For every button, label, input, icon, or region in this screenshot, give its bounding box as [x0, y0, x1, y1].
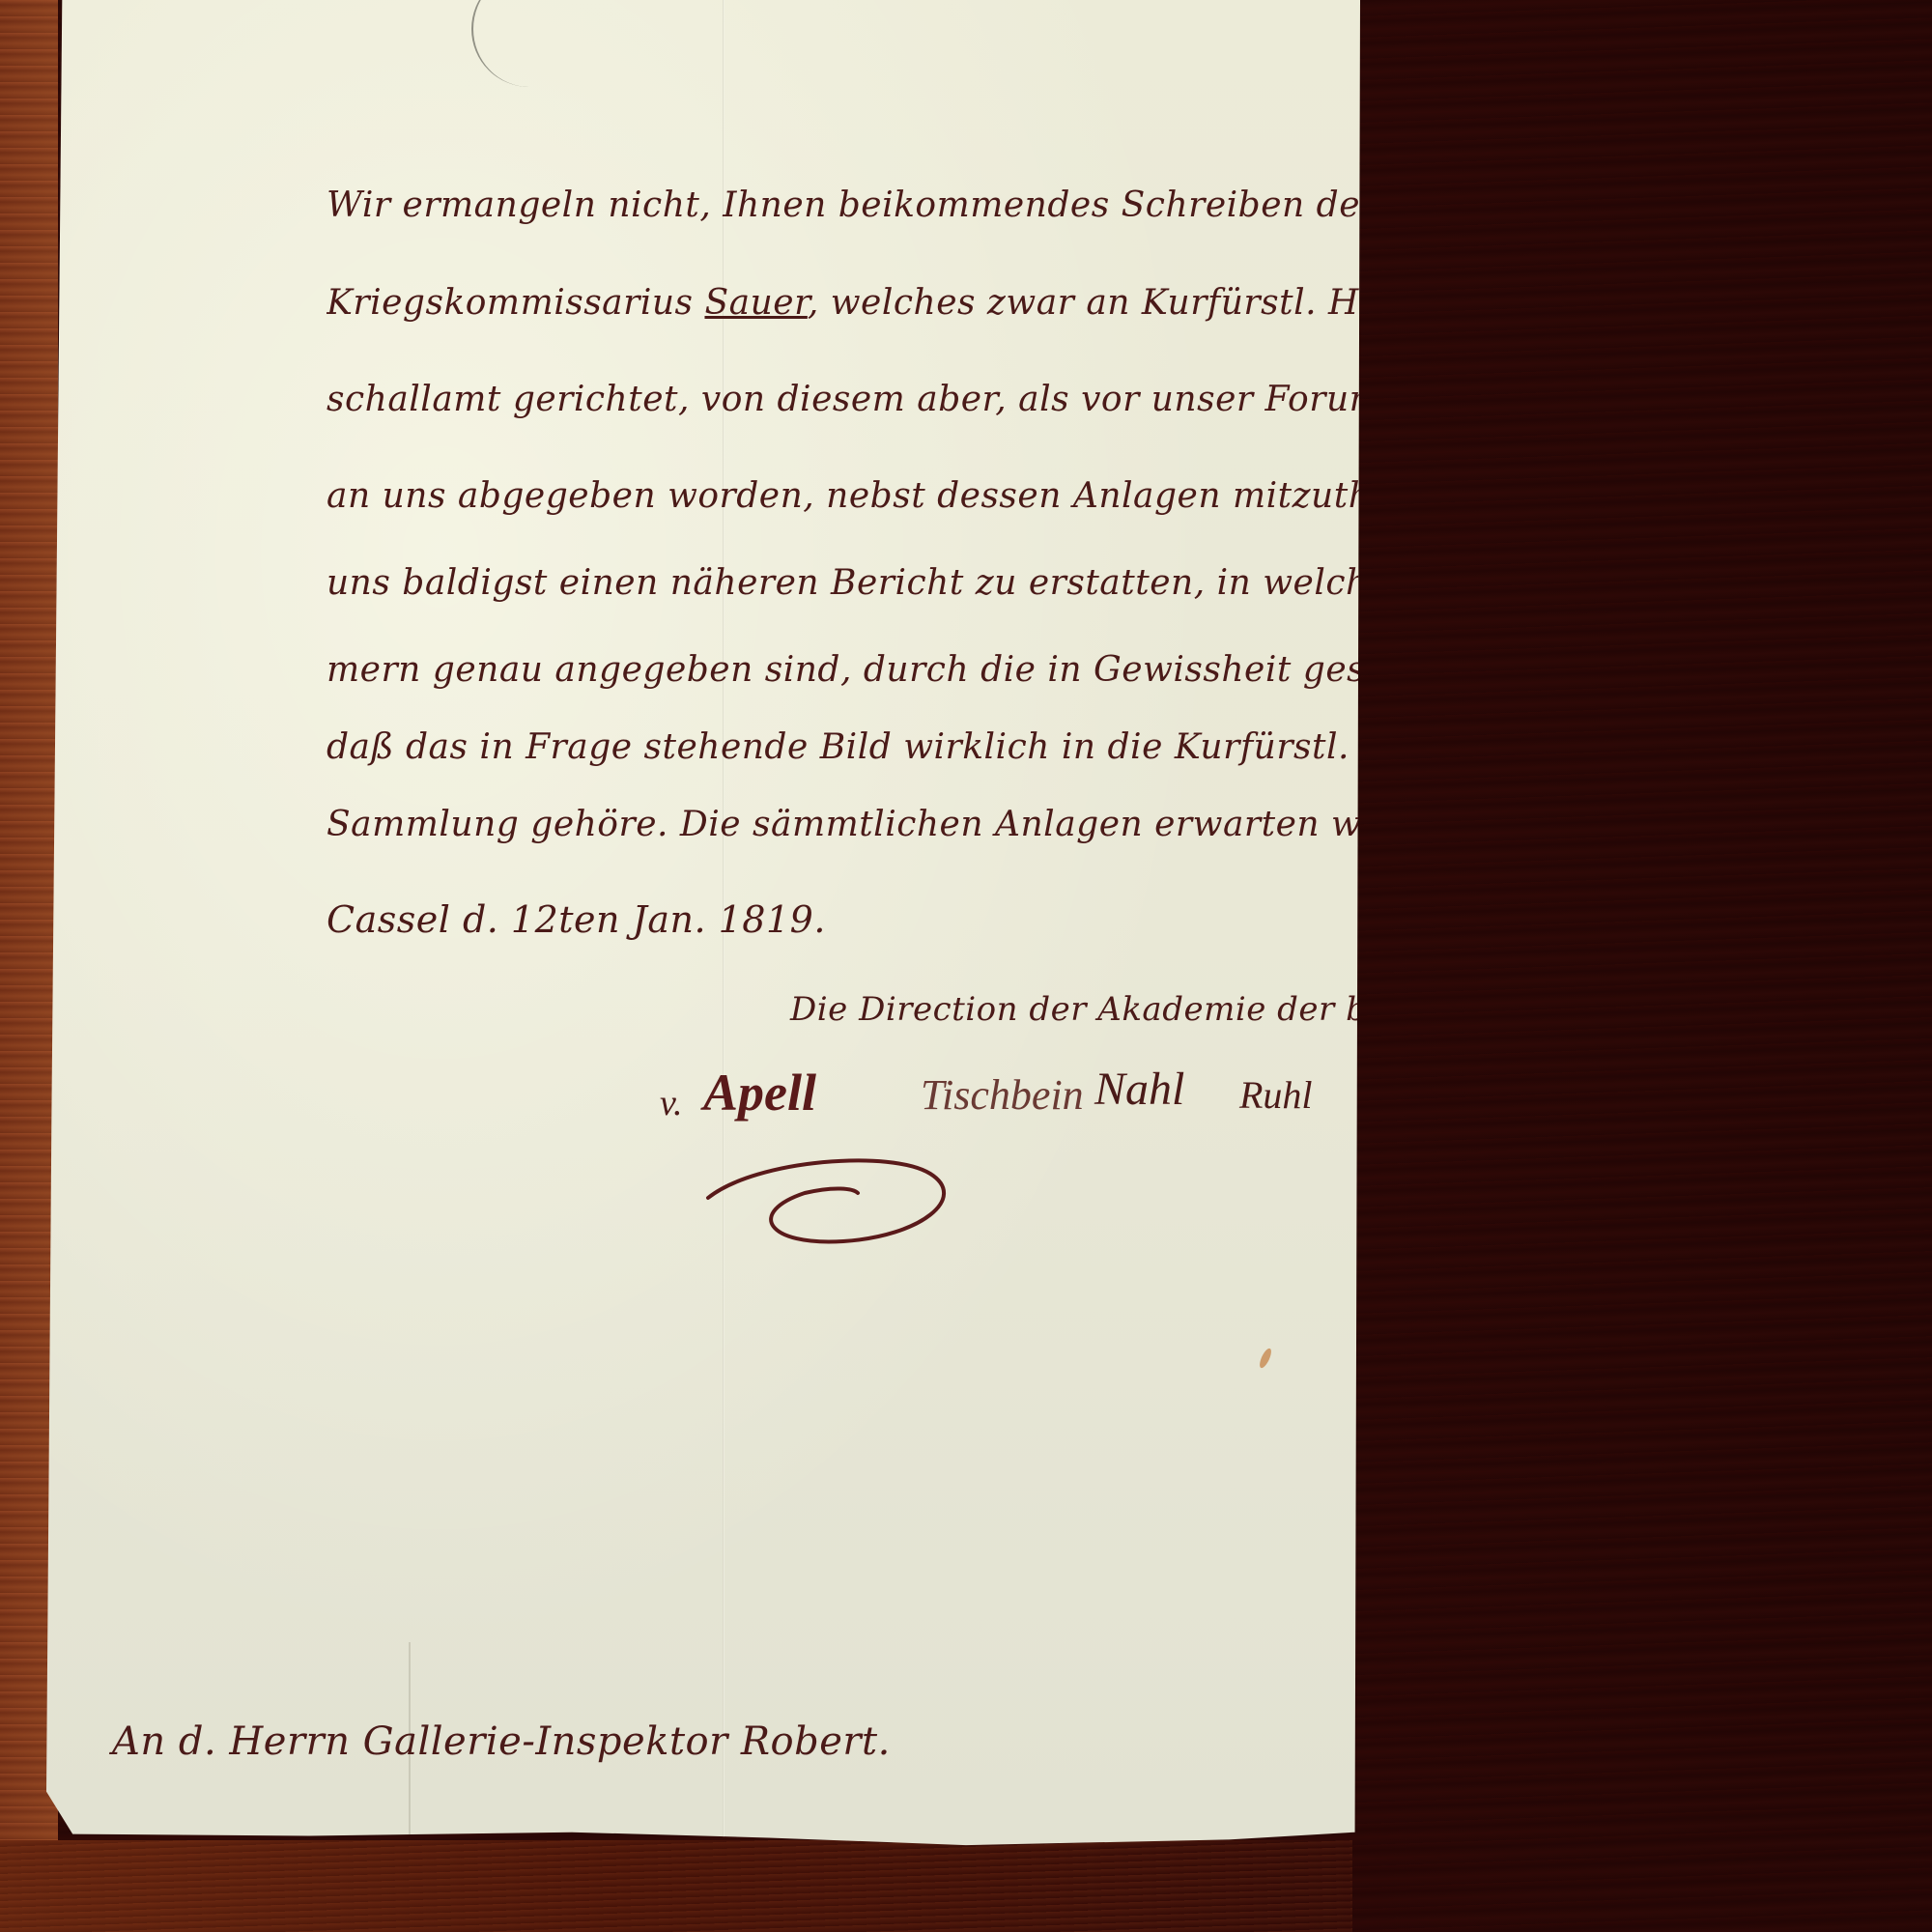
signature-block: v. Apell Tischbein Nahl Ruhl: [660, 1063, 1394, 1256]
letter-paper: Wir ermangeln nicht, Ihnen beikommendes …: [46, 0, 1360, 1847]
underlined-name: Sauer: [704, 283, 807, 323]
paper-stain-spot: [1258, 1347, 1274, 1369]
letter-body-line-2: Kriegskommissarius Sauer, welches zwar a…: [327, 283, 1379, 323]
letter-closing-direction: Die Direction der Akademie der bild. Kün…: [790, 990, 1562, 1029]
signature-2: Tischbein: [921, 1070, 1084, 1120]
letter-body-line-8: Sammlung gehöre. Die sämmtlichen Anlagen…: [327, 805, 1379, 844]
letter-body-line-7: daß das in Frage stehende Bild wirklich …: [327, 727, 1379, 767]
letter-body-line-6: mern genau angegeben sind, durch die in …: [327, 650, 1379, 690]
pencil-bracket-mark: [471, 0, 531, 87]
letter-body-line-1: Wir ermangeln nicht, Ihnen beikommendes …: [327, 185, 1379, 225]
letter-body-line-4: an uns abgegeben worden, nebst dessen An…: [327, 476, 1379, 516]
signature-4: Ruhl: [1239, 1072, 1313, 1118]
letter-addressee-line: An d. Herrn Gallerie-Inspektor Robert.: [112, 1719, 891, 1764]
letter-body-line-5: uns baldigst einen näheren Bericht zu er…: [327, 563, 1379, 603]
wooden-table-bottom-edge: [0, 1840, 1352, 1932]
signature-prefix: v.: [660, 1082, 683, 1124]
letter-date-line: Cassel d. 12ten Jan. 1819.: [327, 898, 826, 941]
letter-body-line-3: schallamt gerichtet, von diesem aber, al…: [327, 380, 1379, 419]
letter-body-line-2-text: Kriegskommissarius Sauer, welches zwar a…: [327, 283, 1379, 323]
signature-flourish-icon: [698, 1121, 969, 1246]
signature-3: Nahl: [1094, 1063, 1184, 1116]
signature-1: Apell: [703, 1063, 816, 1122]
